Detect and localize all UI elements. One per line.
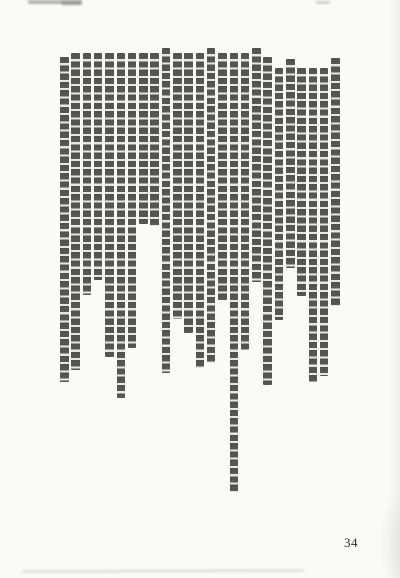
- text-column: [150, 53, 159, 226]
- scan-smudge-top-icon: [28, 0, 62, 4]
- page-number: 34: [344, 535, 358, 551]
- text-column: [173, 53, 182, 319]
- text-column: [230, 53, 239, 492]
- text-column: [309, 68, 318, 382]
- text-column: [252, 48, 261, 282]
- scanned-book-page: 34: [0, 0, 400, 578]
- text-column: [94, 53, 103, 280]
- scan-smudge-bottom-icon: [22, 570, 304, 573]
- text-column: [83, 53, 92, 295]
- text-column: [207, 48, 216, 363]
- text-column: [71, 53, 80, 370]
- text-column: [286, 59, 295, 268]
- text-column: [275, 68, 284, 320]
- text-column: [105, 53, 114, 357]
- text-column: [297, 68, 306, 296]
- text-column: [128, 53, 137, 348]
- text-column: [60, 57, 69, 382]
- text-column: [320, 68, 329, 376]
- text-column: [263, 57, 272, 385]
- text-column: [139, 53, 148, 224]
- text-column: [117, 53, 126, 398]
- text-column: [184, 53, 193, 333]
- text-column: [331, 58, 340, 306]
- scan-smudge-top-icon: [61, 0, 82, 5]
- text-column: [196, 53, 205, 368]
- scan-smudge-top-icon: [316, 1, 330, 4]
- page-corner-shadow: [378, 490, 400, 578]
- text-column: [241, 53, 250, 350]
- text-column: [218, 53, 227, 300]
- text-column: [162, 48, 171, 373]
